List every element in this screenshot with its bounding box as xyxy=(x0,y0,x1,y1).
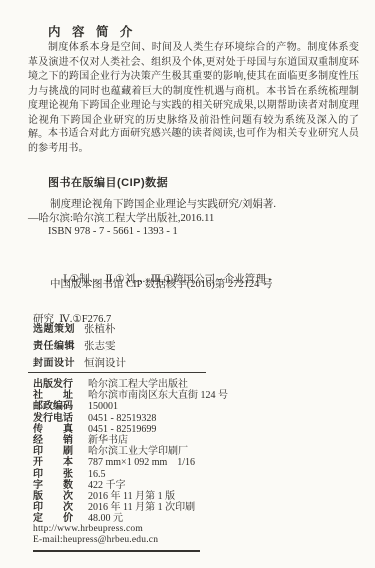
credit-person-name: 张植朴 xyxy=(84,322,116,339)
info-label: 版 次 xyxy=(33,491,73,502)
info-value: 哈尔滨工业大学印刷厂 xyxy=(88,446,188,457)
bottom-rule-line xyxy=(33,550,200,552)
publication-info-row: 印 刷 哈尔滨工业大学印刷厂 xyxy=(33,446,353,457)
publisher-email-address: E-mail:heupress@hrbeu.edu.cn xyxy=(33,535,158,545)
content-summary-heading: 内 容 简 介 xyxy=(48,22,136,40)
info-label: 邮政编码 xyxy=(33,401,73,412)
info-value: 16.5 xyxy=(88,469,106,480)
credits-row: 责任编辑 张志雯 xyxy=(33,339,126,356)
info-value: 422 千字 xyxy=(88,480,126,491)
publication-info-row: 传 真 0451 - 82519699 xyxy=(33,424,353,435)
info-value: 48.00 元 xyxy=(88,513,123,524)
publication-info-row: 社 址 哈尔滨市南岗区东大直街 124 号 xyxy=(33,390,353,401)
book-copyright-page: 内 容 简 介 制度体系本身是空间、时间及人类生存环境综合的产物。制度体系变革及… xyxy=(0,0,375,568)
publication-info-row: 出版发行 哈尔滨工程大学出版社 xyxy=(33,379,353,390)
publication-info-row: 印 张 16.5 xyxy=(33,469,353,480)
publication-info-row: 印 次 2016 年 11 月第 1 次印刷 xyxy=(33,502,353,513)
info-label: 定 价 xyxy=(33,513,73,524)
info-value: 哈尔滨市南岗区东大直街 124 号 xyxy=(88,390,228,401)
info-value: 0451 - 82519328 xyxy=(88,413,156,424)
info-value: 新华书店 xyxy=(88,435,128,446)
credits-block: 选题策划 张植朴 责任编辑 张志雯 封面设计 恒润设计 xyxy=(33,322,126,372)
info-label: 字 数 xyxy=(33,480,73,491)
credit-role-label: 选题策划 xyxy=(33,322,75,339)
info-value: 哈尔滨工程大学出版社 xyxy=(88,379,188,390)
cip-title-line: 制度理论视角下跨国企业理论与实践研究/刘娟著. xyxy=(28,198,353,212)
info-label: 印 张 xyxy=(33,469,73,480)
credit-person-name: 恒润设计 xyxy=(84,356,126,373)
info-label: 出版发行 xyxy=(33,379,73,390)
info-label: 社 址 xyxy=(33,390,73,401)
cip-publisher-line: —哈尔滨:哈尔滨工程大学出版社,2016.11 xyxy=(28,212,353,226)
info-label: 印 次 xyxy=(33,502,73,513)
publication-info-row: 发行电话 0451 - 82519328 xyxy=(33,413,353,424)
info-value: 150001 xyxy=(88,401,118,412)
publication-info-row: 邮政编码 150001 xyxy=(33,401,353,412)
isbn-line: ISBN 978 - 7 - 5661 - 1393 - 1 xyxy=(28,225,353,239)
publisher-website-url: http://www.hrbeupress.com xyxy=(33,524,143,534)
publication-info-row: 字 数 422 千字 xyxy=(33,480,353,491)
summary-paragraph-2: 本书适合对此方面研究感兴趣的读者阅读,也可作为相关专业研究人员的参考用书。 xyxy=(28,127,359,156)
cip-data-heading: 图书在版编目(CIP)数据 xyxy=(48,174,168,190)
cip-record-number: 中国版本图书馆 CIP 数据核字(2016)第 272124 号 xyxy=(50,276,272,291)
info-label: 发行电话 xyxy=(33,413,73,424)
credit-role-label: 责任编辑 xyxy=(33,339,75,356)
info-value: 0451 - 82519699 xyxy=(88,424,156,435)
info-value: 787 mm×1 092 mm 1/16 xyxy=(88,457,195,468)
credit-person-name: 张志雯 xyxy=(84,339,116,356)
credit-role-label: 封面设计 xyxy=(33,356,75,373)
publication-info-row: 定 价 48.00 元 xyxy=(33,513,353,524)
info-label: 印 刷 xyxy=(33,446,73,457)
publication-info-row: 经 销 新华书店 xyxy=(33,435,353,446)
credits-row: 封面设计 恒润设计 xyxy=(33,356,126,373)
cip-record-block: 制度理论视角下跨国企业理论与实践研究/刘娟著. —哈尔滨:哈尔滨工程大学出版社,… xyxy=(28,198,353,239)
credits-row: 选题策划 张植朴 xyxy=(33,322,126,339)
info-value: 2016 年 11 月第 1 次印刷 xyxy=(88,502,195,513)
info-label: 经 销 xyxy=(33,435,73,446)
info-label: 开 本 xyxy=(33,457,73,468)
section-divider-line xyxy=(28,372,206,373)
info-label: 传 真 xyxy=(33,424,73,435)
publication-info-row: 版 次 2016 年 11 月第 1 版 xyxy=(33,491,353,502)
publication-info-row: 开 本 787 mm×1 092 mm 1/16 xyxy=(33,457,353,468)
publication-info-block: 出版发行 哈尔滨工程大学出版社 社 址 哈尔滨市南岗区东大直街 124 号 邮政… xyxy=(33,379,353,525)
info-value: 2016 年 11 月第 1 版 xyxy=(88,491,175,502)
